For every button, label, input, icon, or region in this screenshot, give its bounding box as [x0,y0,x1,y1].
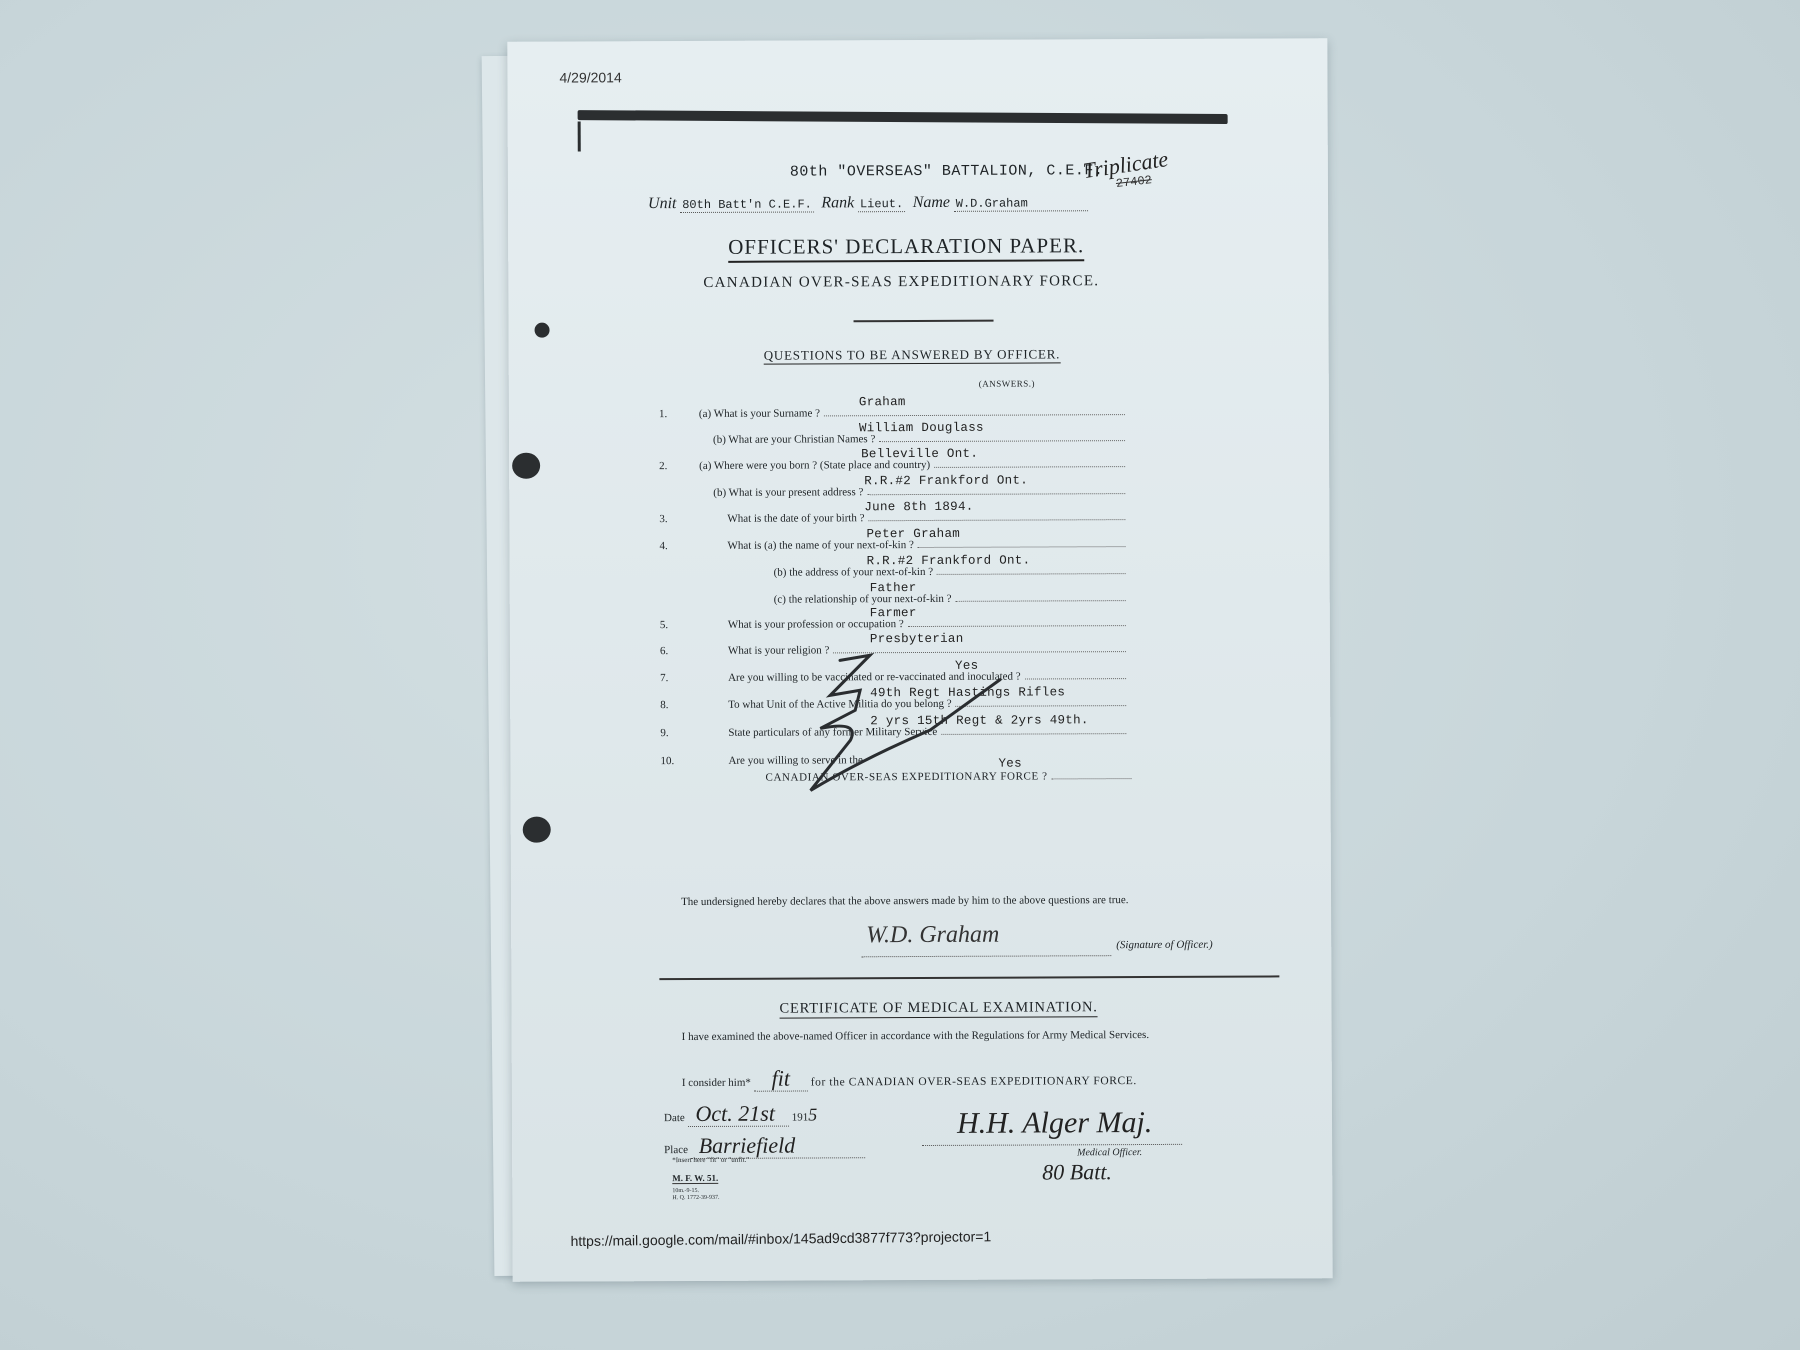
answer-value: R.R.#2 Frankford Ont. [867,554,1031,569]
officer-signature: W.D. Graham [866,922,999,950]
section-divider [659,975,1279,980]
dotted-leader [869,519,1126,521]
dotted-leader [824,414,1125,416]
battalion-stamp: 80th "OVERSEAS" BATTALION, C.E.F. [790,162,1104,180]
name-value: W.D.Graham [954,196,1088,212]
dotted-leader [908,625,1126,627]
answer-value: Farmer [870,606,917,620]
consider-row: I consider him* fit for the CANADIAN OVE… [682,1064,1137,1092]
dotted-leader [1025,678,1126,679]
dotted-leader [956,600,1126,602]
question-number: 7. [660,672,700,684]
top-border-tick [578,121,581,151]
answer-value: Graham [859,395,906,409]
print-date: 4/29/2014 [559,69,621,85]
rank-label: Rank [821,194,854,211]
divider [854,320,994,323]
answer-value: Belleville Ont. [861,447,978,462]
question-number: 1. [659,408,699,420]
question-number: 8. [660,699,700,711]
date-row: Date Oct. 21st 1915 [664,1100,817,1127]
dotted-leader [867,493,1125,495]
footer-url: https://mail.google.com/mail/#inbox/145a… [570,1228,991,1249]
question-number: 5. [660,619,700,631]
answer-value: Peter Graham [866,527,960,541]
medical-officer-signature: H.H. Alger Maj. [957,1106,1152,1141]
unit-value: 80th Batt'n C.E.F. [680,197,814,213]
document-page: 4/29/2014 80th "OVERSEAS" BATTALION, C.E… [507,38,1332,1282]
punch-hole-top [535,323,550,338]
date-label: Date [664,1112,685,1124]
dotted-leader [1052,778,1132,779]
question-number: 4. [659,540,699,552]
page-title: OFFICERS' DECLARATION PAPER. [728,233,1084,263]
dotted-leader [879,440,1125,442]
answer-value: Presbyterian [870,632,964,646]
dotted-leader [937,573,1126,575]
form-code: M. F. W. 51. [672,1173,718,1184]
punch-hole-bottom [523,817,551,843]
medical-text: I have examined the above-named Officer … [660,1028,1285,1044]
consider-prefix: I consider him* [682,1077,751,1089]
declaration-text: The undersigned hereby declares that the… [659,893,1279,909]
year-suffix: 5 [808,1104,817,1124]
place-label: Place [664,1144,688,1156]
rank-value: Lieut. [858,197,905,212]
question-label: (b) What are your Christian Names ? [699,433,875,446]
form-subcode-2: H. Q. 1772-39-937. [672,1195,719,1202]
answer-value: Father [870,581,917,595]
unit-label: Unit [648,195,677,212]
medical-officer-unit: 80 Batt. [1042,1159,1112,1185]
question-label: (a) What is your Surname ? [699,407,820,420]
questions-list: 1.(a) What is your Surname ?Graham(b) Wh… [507,38,1327,42]
answers-heading: (ANSWERS.) [979,378,1035,388]
struck-number: 27402 [1115,173,1152,191]
name-label: Name [913,194,950,211]
medical-heading: CERTIFICATE OF MEDICAL EXAMINATION. [779,999,1097,1018]
question-number: 6. [660,645,700,657]
form-subcode: 10m.-9-15. H. Q. 1772-39-937. [672,1188,719,1202]
answer-value: June 8th 1894. [864,500,973,514]
question-number: 3. [659,513,699,525]
punch-hole-middle [512,453,540,479]
page-subtitle: CANADIAN OVER-SEAS EXPEDITIONARY FORCE. [703,273,1099,292]
unit-rank-name-row: Unit 80th Batt'n C.E.F. Rank Lieut. Name… [648,193,1088,213]
question-number: 2. [659,460,699,472]
medical-signature-line [922,1144,1182,1146]
year-prefix: 191 [792,1111,809,1123]
question-number: 10. [660,755,700,767]
fitness-value: fit [754,1065,808,1091]
question-label: What is the date of your birth ? [699,512,864,525]
date-value: Oct. 21st [687,1101,789,1127]
pen-scribble-mark [800,650,1021,851]
insert-note: *Insert here "fit" or "unfit." [672,1156,749,1164]
top-border-bar [578,110,1228,124]
questions-heading: QUESTIONS TO BE ANSWERED BY OFFICER. [764,346,1061,364]
dotted-leader [918,546,1126,548]
medical-officer-caption: Medical Officer. [1077,1147,1142,1158]
answer-value: William Douglass [859,421,984,436]
consider-suffix: for the CANADIAN OVER-SEAS EXPEDITIONARY… [811,1075,1137,1088]
question-number: 9. [660,727,700,739]
dotted-leader [934,466,1125,468]
signature-caption: (Signature of Officer.) [1116,939,1213,951]
answer-value: R.R.#2 Frankford Ont. [864,474,1028,489]
question-label: (b) What is your present address ? [699,486,863,499]
